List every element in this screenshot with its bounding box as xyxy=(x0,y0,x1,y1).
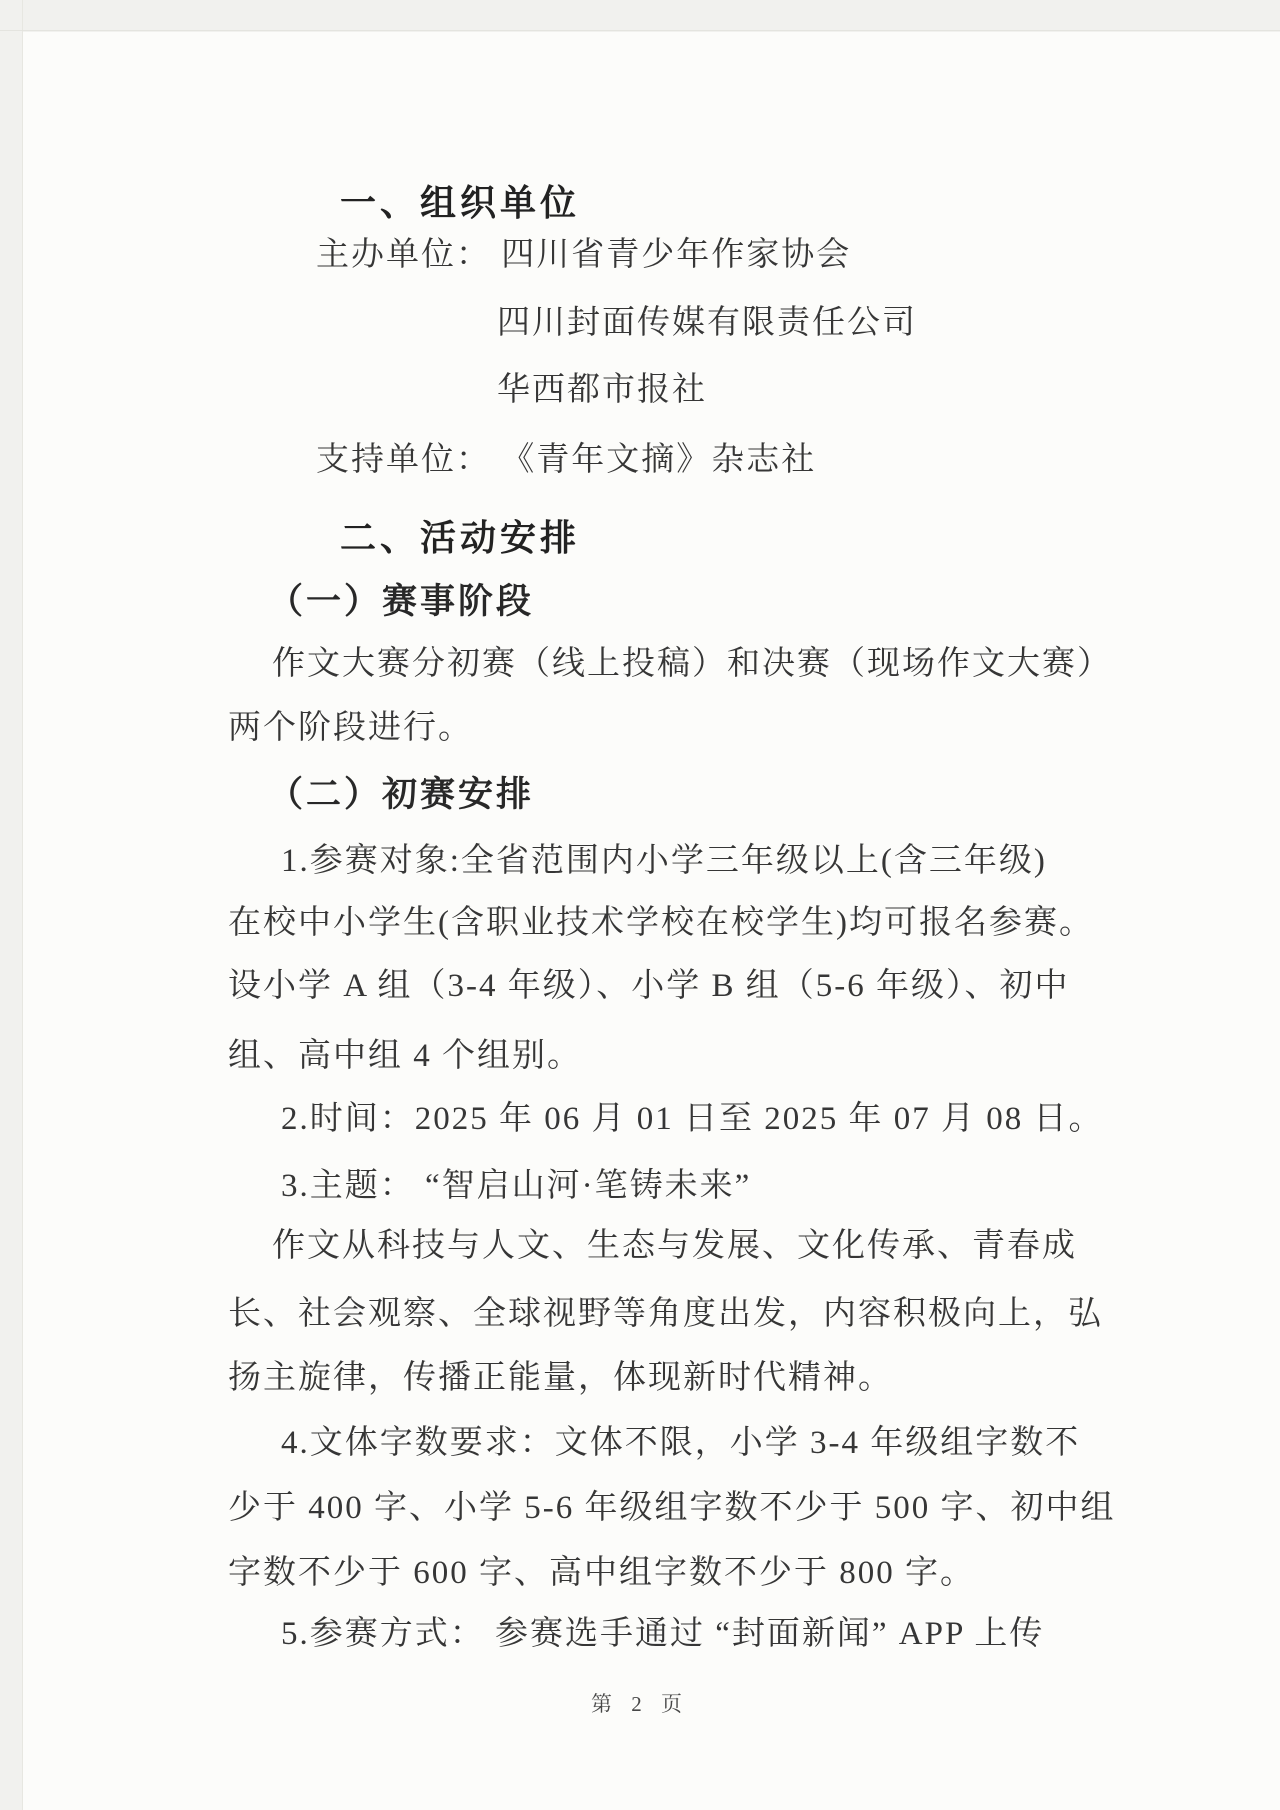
heading-organizing-units: 一、组织单位 xyxy=(340,181,580,224)
subheading-competition-stages: （一）赛事阶段 xyxy=(268,581,534,623)
line-item4-2: 少于 400 字、小学 5-6 年级组字数不少于 500 字、初中组 xyxy=(228,1489,1116,1529)
line-item1-2: 在校中小学生(含职业技术学校在校学生)均可报名参赛。 xyxy=(228,904,1094,944)
page-edge-left xyxy=(22,0,23,1810)
line-item2: 2.时间：2025 年 06 月 01 日至 2025 年 07 月 08 日。 xyxy=(281,1100,1104,1140)
line-item3-1: 3.主题： “智启山河·笔铸未来” xyxy=(281,1167,751,1207)
page-number: 第 2 页 xyxy=(0,1688,1280,1718)
line-item3-4: 扬主旋律，传播正能量，体现新时代精神。 xyxy=(228,1359,893,1399)
line-item1-4: 组、高中组 4 个组别。 xyxy=(228,1037,582,1077)
line-item4-1: 4.文体字数要求：文体不限，小学 3-4 年级组字数不 xyxy=(281,1424,1080,1464)
line-item1-3: 设小学 A 组（3-4 年级）、小学 B 组（5-6 年级）、初中 xyxy=(228,967,1070,1007)
line-item4-3: 字数不少于 600 字、高中组字数不少于 800 字。 xyxy=(228,1554,975,1594)
line-item1-1: 1.参赛对象:全省范围内小学三年级以上(含三年级) xyxy=(281,842,1047,882)
heading-activity-arrangement: 二、活动安排 xyxy=(340,516,580,559)
line-host-2: 四川封面传媒有限责任公司 xyxy=(497,304,917,344)
line-item3-2: 作文从科技与人文、生态与发展、文化传承、青春成 xyxy=(272,1227,1077,1267)
line-stage-2: 两个阶段进行。 xyxy=(228,709,473,749)
line-stage-1: 作文大赛分初赛（线上投稿）和决赛（现场作文大赛） xyxy=(272,645,1112,685)
line-host-3: 华西都市报社 xyxy=(497,371,707,411)
line-support-label: 支持单位： 《青年文摘》杂志社 xyxy=(316,441,816,481)
line-item5: 5.参赛方式： 参赛选手通过 “封面新闻” APP 上传 xyxy=(281,1615,1044,1655)
page-edge-top xyxy=(0,30,1280,31)
line-item3-3: 长、社会观察、全球视野等角度出发，内容积极向上，弘 xyxy=(228,1295,1103,1335)
line-host-label: 主办单位： 四川省青少年作家协会 xyxy=(316,236,851,276)
subheading-preliminary-arrangement: （二）初赛安排 xyxy=(268,774,534,816)
